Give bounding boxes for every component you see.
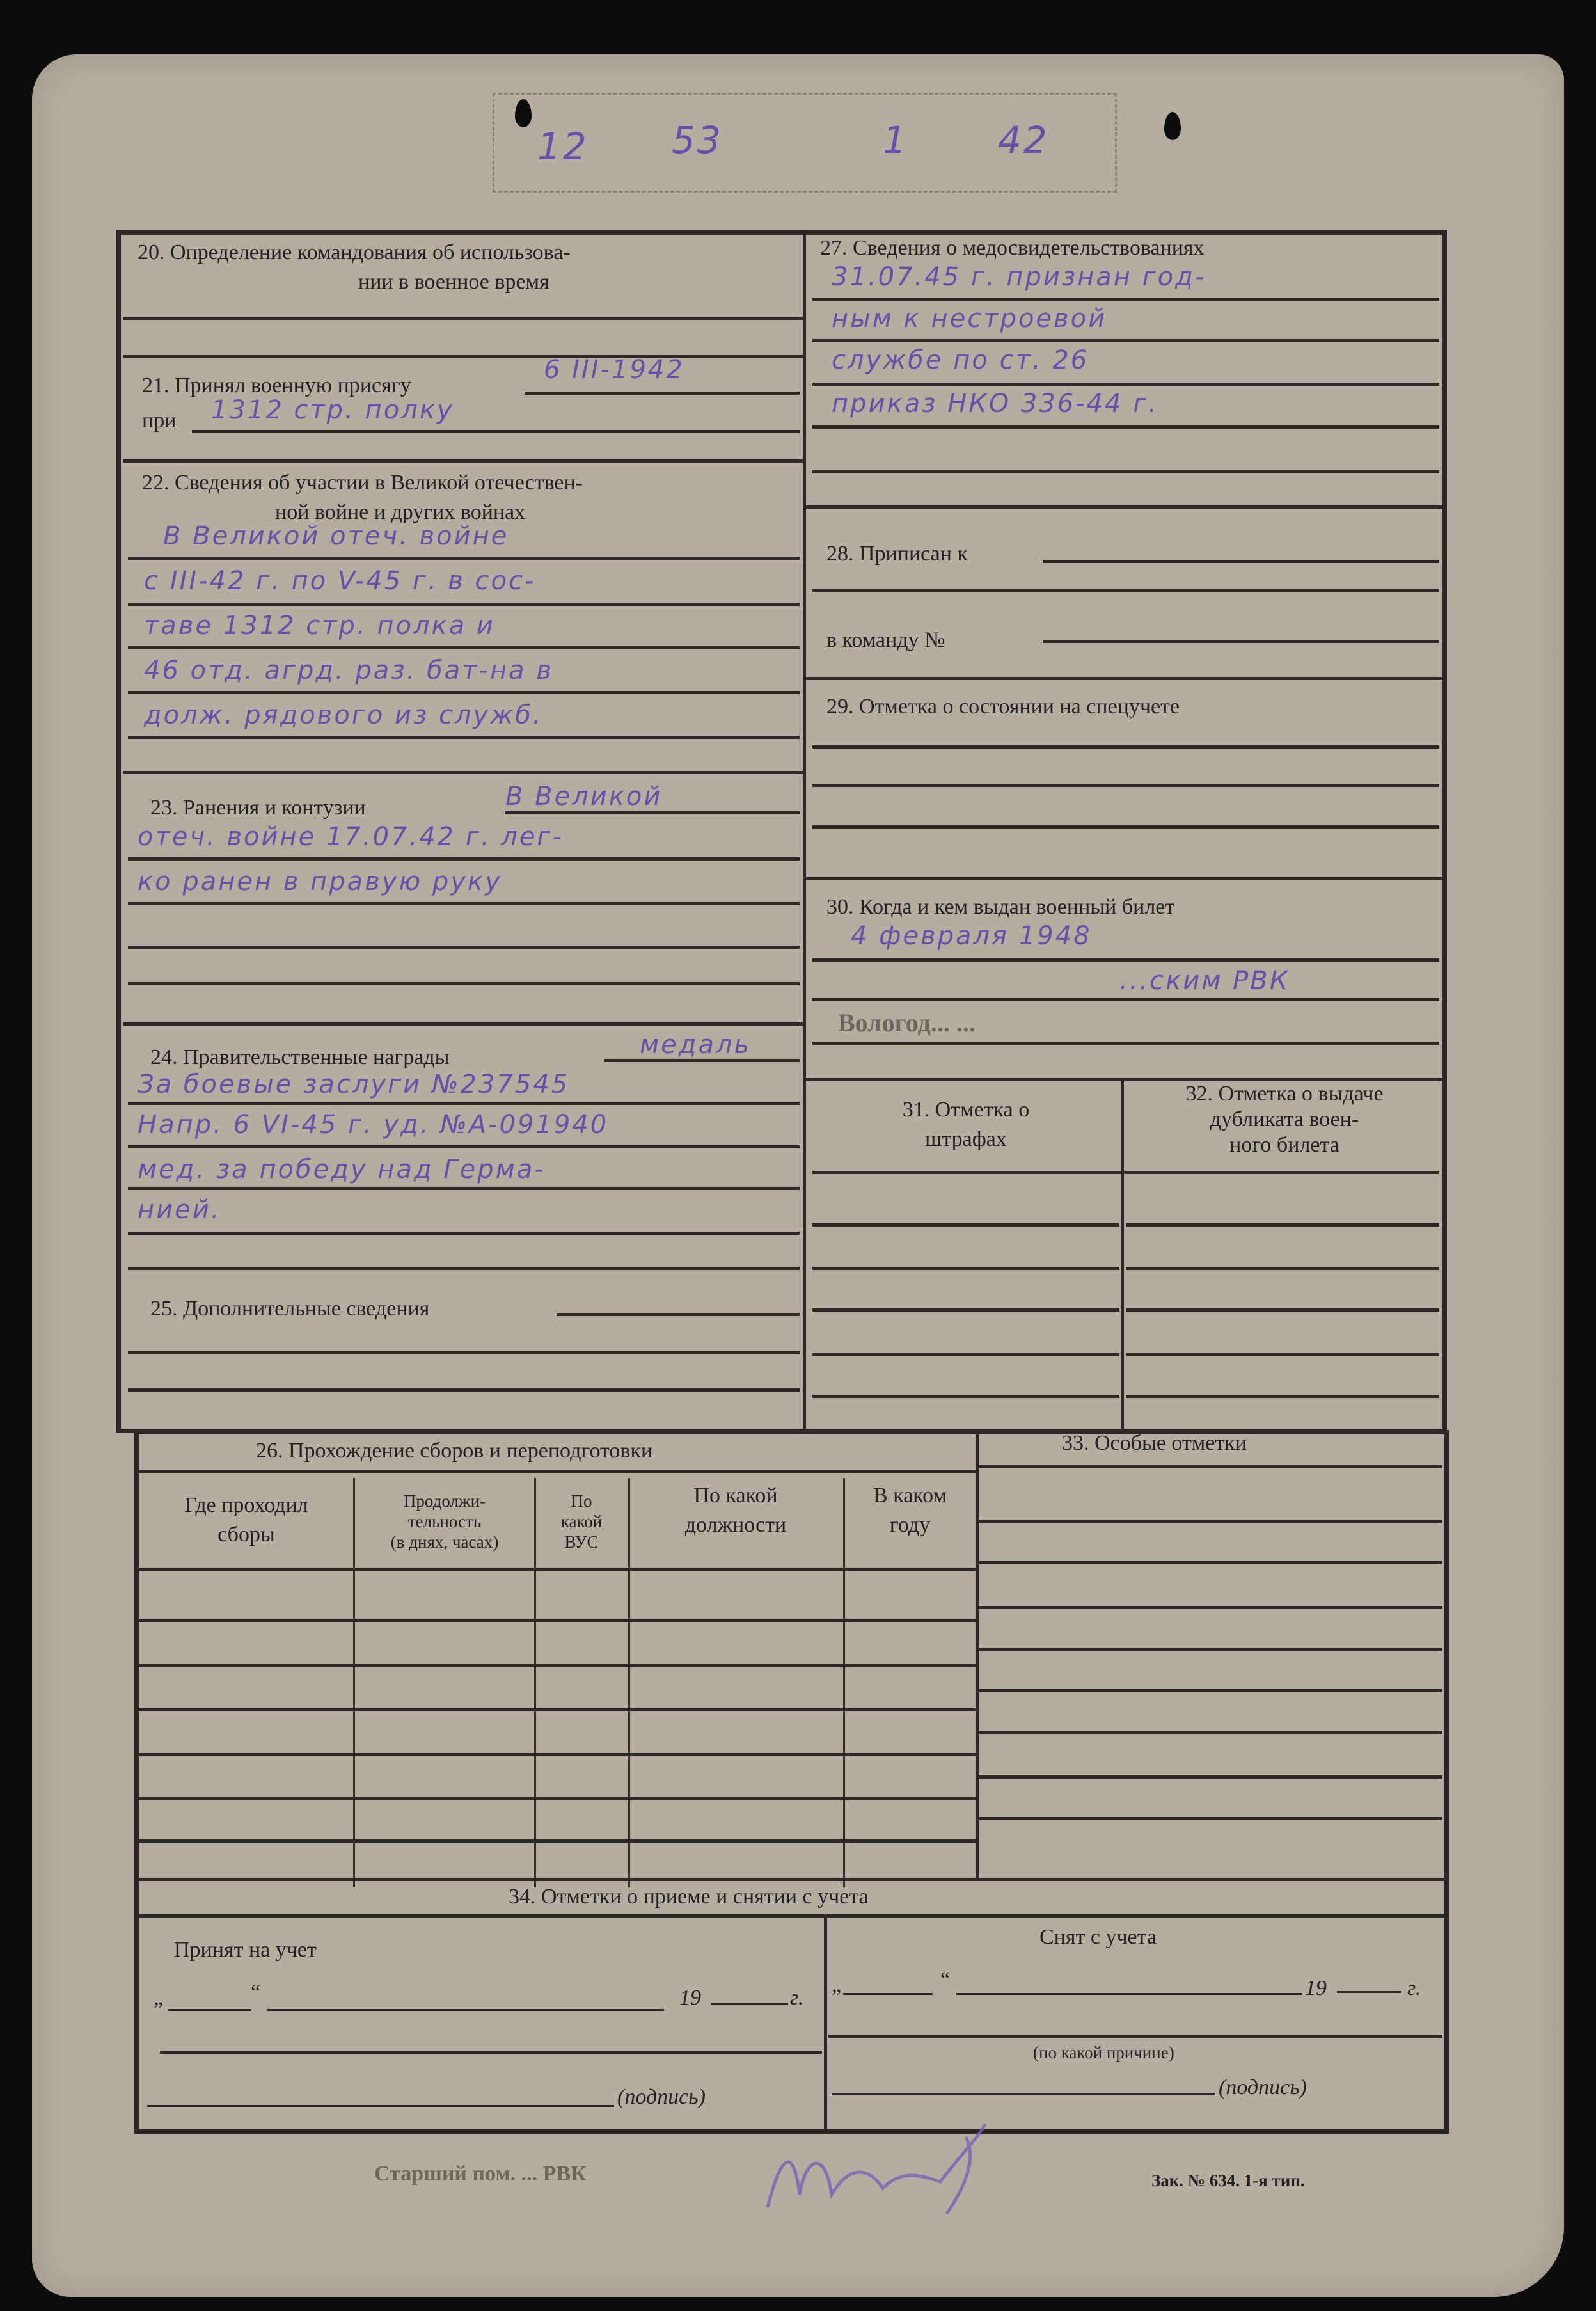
rule xyxy=(128,1267,800,1270)
col-header-vus-l2: какой xyxy=(536,1511,627,1532)
rule xyxy=(812,589,1439,592)
section-20-label: 20. Определение командования об использо… xyxy=(138,238,571,267)
divider-34 xyxy=(824,1916,827,2134)
table-row-rule xyxy=(138,1839,976,1843)
rule xyxy=(812,1223,1119,1227)
accepted-year-field xyxy=(711,2003,788,2005)
ticket-issued-by[interactable]: ...ским РВК xyxy=(1119,966,1290,996)
accepted-year-prefix: 19 xyxy=(679,1983,701,2013)
rule xyxy=(812,784,1439,787)
rule xyxy=(138,1914,1446,1918)
rule xyxy=(979,1817,1442,1820)
rule xyxy=(128,1187,800,1190)
section-28-label: 28. Приписан к xyxy=(826,539,968,569)
war-participation-line-3[interactable]: таве 1312 стр. полка и xyxy=(144,611,495,640)
accepted-date-close: “ xyxy=(251,1978,260,2008)
accepted-signature-label: (подпись) xyxy=(617,2083,706,2112)
rule xyxy=(505,811,800,814)
rule xyxy=(128,982,800,985)
removed-year-field xyxy=(1337,1991,1401,1993)
rule xyxy=(128,691,800,694)
table-row-rule xyxy=(138,1797,976,1800)
rule xyxy=(192,430,800,433)
col-sep xyxy=(628,1478,630,1887)
section-32-label-l1: 32. Отметка о выдаче xyxy=(1125,1081,1444,1107)
section-31-label-l1: 31. Отметка о xyxy=(812,1095,1119,1125)
removed-date-open: „ xyxy=(832,1971,841,2000)
rule xyxy=(812,298,1439,301)
rule xyxy=(525,392,800,395)
ticket-issuer-stamp: Вологод... ... xyxy=(838,1008,976,1038)
section-29-label: 29. Отметка о состоянии на спецучете xyxy=(826,692,1180,722)
section-30-label: 30. Когда и кем выдан военный билет xyxy=(826,893,1174,922)
col-header-year-l2: году xyxy=(844,1511,976,1540)
section-20-label-cont: нии в военное время xyxy=(358,267,549,297)
awards-line-2[interactable]: За боевые заслуги №237545 xyxy=(138,1070,569,1099)
rule xyxy=(979,1606,1442,1609)
rule xyxy=(979,1561,1442,1564)
wounds-line-2[interactable]: отеч. войне 17.07.42 г. лег- xyxy=(138,822,564,852)
rule xyxy=(812,1308,1119,1312)
col-header-vus-l3: ВУС xyxy=(536,1532,627,1552)
rule xyxy=(1126,1267,1439,1270)
rule xyxy=(806,677,1442,680)
rule xyxy=(128,603,800,606)
section-23-label: 23. Ранения и контузии xyxy=(150,793,366,823)
rule xyxy=(1043,560,1439,563)
rule xyxy=(806,505,1442,509)
section-32-label: 32. Отметка о выдаче дубликата воен- ног… xyxy=(1125,1081,1444,1158)
ticket-issue-date[interactable]: 4 февраля 1948 xyxy=(851,921,1092,951)
print-info: Зак. № 634. 1-я тип. xyxy=(1151,2170,1305,2191)
rule xyxy=(1043,640,1439,643)
rule xyxy=(128,646,800,649)
table-row-rule xyxy=(138,1619,976,1622)
medical-line-1[interactable]: 31.07.45 г. признан год- xyxy=(832,262,1206,292)
removed-signature-label: (подпись) xyxy=(1219,2073,1307,2102)
col-sep xyxy=(534,1478,536,1887)
col-header-year: В каком году xyxy=(844,1481,976,1540)
table-row-rule xyxy=(138,1708,976,1711)
rule xyxy=(128,1232,800,1235)
officer-stamp: Старший пом. ... РВК xyxy=(374,2159,587,2189)
col-sep xyxy=(353,1478,355,1887)
rule xyxy=(806,877,1442,880)
section-28-team-label: в команду № xyxy=(826,626,945,655)
removed-month-field xyxy=(956,1993,1302,1995)
rule xyxy=(812,745,1439,749)
col-header-vus-l1: По xyxy=(536,1491,627,1511)
rule xyxy=(557,1313,800,1316)
oath-date[interactable]: 6 III-1942 xyxy=(544,355,684,385)
removed-day-field xyxy=(843,1993,933,1995)
awards-line-1[interactable]: медаль xyxy=(640,1030,751,1060)
rule xyxy=(812,1171,1439,1174)
col-header-vus: По какой ВУС xyxy=(536,1491,627,1552)
column-divider xyxy=(803,234,806,1430)
officer-signature xyxy=(755,2118,1087,2220)
rule xyxy=(812,958,1439,962)
rule xyxy=(812,998,1439,1001)
section-22-label: 22. Сведения об участии в Великой отечес… xyxy=(142,468,583,498)
rule xyxy=(128,902,800,905)
war-participation-line-1[interactable]: В Великой отеч. войне xyxy=(163,521,509,551)
rule xyxy=(123,1022,803,1026)
rule xyxy=(979,1731,1442,1734)
section-32-label-l2: дубликата воен- xyxy=(1125,1107,1444,1132)
col-header-where-l2: сборы xyxy=(141,1520,352,1550)
rule xyxy=(1126,1308,1439,1312)
rule xyxy=(812,339,1439,342)
removed-year-suffix: г. xyxy=(1407,1974,1421,2003)
awards-line-3[interactable]: Напр. 6 VI-45 г. уд. №А-091940 xyxy=(138,1110,608,1140)
removed-date-close: “ xyxy=(940,1966,950,1995)
section-32-label-l3: ного билета xyxy=(1125,1132,1444,1158)
col-header-duration-l3: (в днях, часах) xyxy=(355,1532,534,1552)
rule xyxy=(812,470,1439,473)
rule xyxy=(979,1465,1442,1468)
rule xyxy=(128,1351,800,1354)
rule xyxy=(979,1689,1442,1692)
removed-year-prefix: 19 xyxy=(1305,1974,1327,2003)
col-header-position-l1: По какой xyxy=(630,1481,841,1511)
accepted-month-field xyxy=(267,2009,664,2011)
accepted-day-field xyxy=(168,2009,251,2011)
rule xyxy=(123,459,803,463)
rule xyxy=(128,946,800,949)
rule xyxy=(128,1102,800,1105)
rule xyxy=(812,425,1439,429)
awards-line-5[interactable]: нией. xyxy=(138,1195,221,1225)
section-31-label: 31. Отметка о штрафах xyxy=(812,1095,1119,1154)
war-participation-line-2[interactable]: с III-42 г. по V-45 г. в сос- xyxy=(144,566,536,596)
rule xyxy=(123,355,803,358)
header-number-1: 12 xyxy=(537,125,589,168)
rule xyxy=(128,736,800,739)
header-number-4: 42 xyxy=(998,118,1049,162)
table-row-rule xyxy=(138,1664,976,1667)
divider-26-33 xyxy=(976,1433,979,1881)
rule xyxy=(128,857,800,861)
rule xyxy=(604,1059,800,1062)
rule xyxy=(1126,1395,1439,1398)
medical-line-3[interactable]: службе по ст. 26 xyxy=(832,345,1089,375)
section-25-label: 25. Дополнительные сведения xyxy=(150,1294,429,1324)
accepted-year-suffix: г. xyxy=(790,1983,803,2013)
section-21-pri: при xyxy=(142,406,176,436)
section-31-label-l2: штрафах xyxy=(812,1125,1119,1154)
removed-reason-label: (по какой причине) xyxy=(1033,2042,1174,2063)
rule xyxy=(128,1388,800,1392)
rule xyxy=(138,1878,1446,1881)
rule xyxy=(979,1520,1442,1523)
header-number-2: 53 xyxy=(672,118,723,162)
section-34-title: 34. Отметки о приеме и снятии с учета xyxy=(509,1882,869,1912)
rule xyxy=(812,825,1439,829)
medical-line-4[interactable]: приказ НКО 336-44 г. xyxy=(832,389,1158,418)
war-participation-line-5[interactable]: долж. рядового из служб. xyxy=(144,701,543,730)
col-header-duration-l2: тельность xyxy=(355,1511,534,1532)
awards-line-4[interactable]: мед. за победу над Герма- xyxy=(138,1155,546,1184)
section-27-label: 27. Сведения о медосвидетельствованиях xyxy=(820,234,1205,263)
rule xyxy=(812,1395,1119,1398)
punch-hole-right xyxy=(1164,112,1181,140)
accepted-date-open: „ xyxy=(154,1983,163,2013)
col-header-where-l1: Где проходил xyxy=(141,1491,352,1520)
col-sep xyxy=(843,1478,845,1887)
rule xyxy=(128,1145,800,1148)
removed-label: Снят с учета xyxy=(1039,1923,1157,1952)
rule xyxy=(812,383,1439,386)
rule xyxy=(128,557,800,560)
accepted-label: Принят на учет xyxy=(174,1935,317,1965)
table-row-rule xyxy=(138,1753,976,1756)
col-header-position-l2: должности xyxy=(630,1511,841,1540)
oath-unit[interactable]: 1312 стр. полку xyxy=(211,395,454,425)
rule xyxy=(812,1267,1119,1270)
col-header-duration: Продолжи- тельность (в днях, часах) xyxy=(355,1491,534,1552)
col-header-position: По какой должности xyxy=(630,1481,841,1540)
rule xyxy=(123,317,803,320)
medical-line-2[interactable]: ным к нестроевой xyxy=(832,304,1107,333)
rule xyxy=(812,1042,1439,1045)
section-26-title: 26. Прохождение сборов и переподготовки xyxy=(256,1436,652,1466)
wounds-line-1[interactable]: В Великой xyxy=(505,782,662,811)
rule xyxy=(160,2051,822,2054)
removed-reason-field xyxy=(828,2035,1442,2038)
accepted-signature-field xyxy=(147,2105,614,2107)
rule xyxy=(1126,1353,1439,1356)
rule xyxy=(812,1353,1119,1356)
rule xyxy=(979,1648,1442,1651)
war-participation-line-4[interactable]: 46 отд. агрд. раз. бат-на в xyxy=(144,656,553,685)
rule xyxy=(123,771,803,774)
header-number-3: 1 xyxy=(883,118,908,162)
col-header-where: Где проходил сборы xyxy=(141,1491,352,1550)
removed-signature-field xyxy=(832,2093,1215,2095)
col-header-duration-l1: Продолжи- xyxy=(355,1491,534,1511)
section-33-label: 33. Особые отметки xyxy=(1062,1429,1247,1458)
col-header-year-l1: В каком xyxy=(844,1481,976,1511)
rule xyxy=(1126,1223,1439,1227)
section-24-label: 24. Правительственные награды xyxy=(150,1043,450,1072)
rule xyxy=(138,1568,976,1571)
divider-31-32 xyxy=(1121,1080,1124,1432)
rule xyxy=(979,1775,1442,1779)
wounds-line-3[interactable]: ко ранен в правую руку xyxy=(138,867,502,896)
rule xyxy=(138,1470,976,1473)
